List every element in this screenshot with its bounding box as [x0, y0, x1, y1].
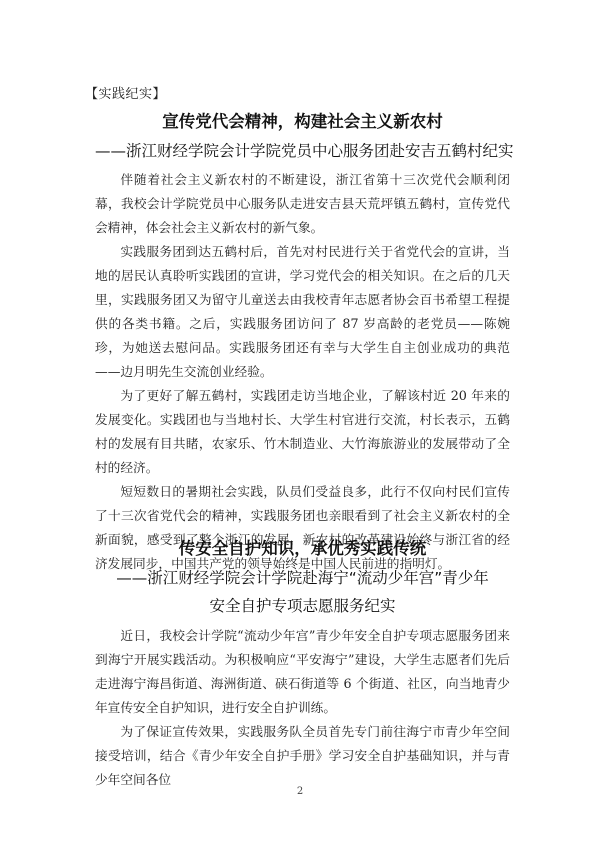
- article-1: 【实践纪实】 宣传党代会精神，构建社会主义新农村 ——浙江财经学院会计学院党员中…: [95, 86, 510, 576]
- article-1-paragraph-3: 为了更好了解五鹤村，实践团走访当地企业，了解该村近 20 年来的发展变化。实践团…: [95, 384, 510, 480]
- article-2-paragraph-2: 为了保证宣传效果，实践服务队全员首先专门前往海宁市青少年空间接受培训，结合《青少…: [95, 720, 510, 792]
- article-1-paragraph-2: 实践服务团到达五鹤村后，首先对村民进行关于省党代会的宣讲，当地的居民认真聆听实践…: [95, 240, 510, 384]
- article-1-title: 宣传党代会精神，构建社会主义新农村: [95, 110, 510, 134]
- section-tag: 【实践纪实】: [85, 86, 510, 104]
- article-2-subtitle: ——浙江财经学院会计学院赴海宁“流动少年宫”青少年: [95, 566, 510, 590]
- article-2: 传安全自护知识，承优秀实践传统 ——浙江财经学院会计学院赴海宁“流动少年宫”青少…: [95, 537, 510, 792]
- page-number: 2: [0, 786, 600, 797]
- document-page: 【实践纪实】 宣传党代会精神，构建社会主义新农村 ——浙江财经学院会计学院党员中…: [0, 0, 600, 849]
- article-2-paragraph-1: 近日，我校会计学院“流动少年宫”青少年安全自护专项志愿服务团来到海宁开展实践活动…: [95, 624, 510, 720]
- article-2-subtitle-line-2: 安全自护专项志愿服务纪实: [95, 594, 510, 618]
- article-1-paragraph-1: 伴随着社会主义新农村的不断建设，浙江省第十三次党代会顺利闭幕，我校会计学院党员中…: [95, 168, 510, 240]
- article-2-title: 传安全自护知识，承优秀实践传统: [95, 537, 510, 561]
- article-1-subtitle: ——浙江财经学院会计学院党员中心服务团赴安吉五鹤村纪实: [95, 139, 510, 163]
